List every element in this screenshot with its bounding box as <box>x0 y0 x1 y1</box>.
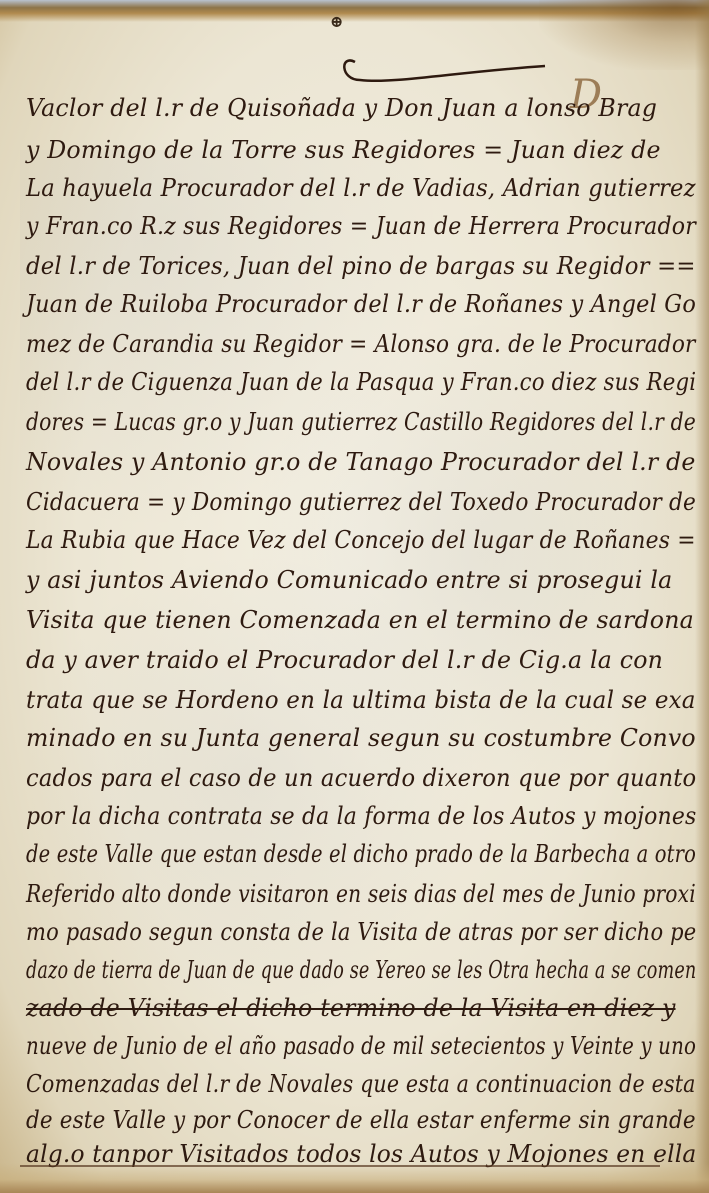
manuscript-line: da y aver traido el Procurador del l.r d… <box>26 646 696 674</box>
manuscript-line: Juan de Ruiloba Procurador del l.r de Ro… <box>26 290 661 318</box>
heading-flourish <box>335 50 555 90</box>
manuscript-line: Cidacuera = y Domingo gutierrez del Toxe… <box>26 488 639 516</box>
manuscript-line: cados para el caso de un acuerdo dixeron… <box>26 764 667 792</box>
manuscript-line: dazo de tierra de Juan de que dado se Ye… <box>26 956 524 984</box>
manuscript-line: alg.o tanpor Visitados todos los Autos y… <box>26 1140 686 1168</box>
manuscript-line: Visita que tienen Comenzada en el termin… <box>26 606 696 634</box>
manuscript-line-struck: zado de Visitas el dicho termino de la V… <box>26 994 696 1022</box>
manuscript-line: mez de Carandia su Regidor = Alonso gra.… <box>26 330 639 358</box>
manuscript-line: de este Valle que estan desde el dicho p… <box>26 840 578 868</box>
manuscript-line: del l.r de Ciguenza Juan de la Pasqua y … <box>26 368 629 396</box>
manuscript-line: dores = Lucas gr.o y Juan gutierrez Cast… <box>26 408 601 436</box>
manuscript-line: Novales y Antonio gr.o de Tanago Procura… <box>26 448 695 476</box>
page-right-edge <box>695 0 709 1193</box>
manuscript-line: La Rubia que Hace Vez del Concejo del lu… <box>26 526 644 554</box>
folio-mark: ⊕ <box>330 12 343 31</box>
manuscript-line: mo pasado segun consta de la Visita de a… <box>26 918 621 946</box>
manuscript-line: del l.r de Torices, Juan del pino de bar… <box>26 252 670 280</box>
manuscript-line: y asi juntos Aviendo Comunicado entre si… <box>26 566 696 594</box>
manuscript-page: ⊕ D Vaclor del l.r de Quisoñada y Don Ju… <box>0 0 709 1193</box>
closing-rule <box>20 1165 660 1167</box>
manuscript-line: de este Valle y por Conocer de ella esta… <box>26 1106 633 1134</box>
manuscript-line: trata que se Hordeno en la ultima bista … <box>26 686 677 714</box>
manuscript-line: Comenzadas del l.r de Novales que esta a… <box>26 1070 609 1098</box>
manuscript-line: por la dicha contrata se da la forma de … <box>26 802 648 830</box>
manuscript-line: La hayuela Procurador del l.r de Vadias,… <box>26 174 668 202</box>
manuscript-line: nueve de Junio de el año pasado de mil s… <box>26 1032 586 1060</box>
manuscript-line: Vaclor del l.r de Quisoñada y Don Juan a… <box>26 94 696 122</box>
manuscript-line: y Fran.co R.z sus Regidores = Juan de He… <box>26 212 651 240</box>
manuscript-line: minado en su Junta general segun su cost… <box>26 724 694 752</box>
water-stain <box>539 0 709 70</box>
manuscript-line: y Domingo de la Torre sus Regidores = Ju… <box>26 136 696 164</box>
ink-bleed-through <box>20 150 680 1050</box>
manuscript-line: Referido alto donde visitaron en seis di… <box>26 880 598 908</box>
